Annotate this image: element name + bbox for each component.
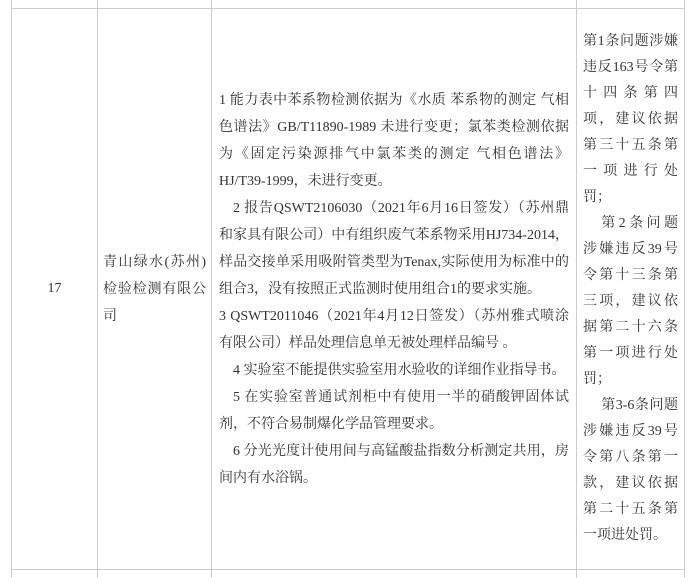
finding-item: 6 分光光度计使用间与高锰酸盐指数分析测定共用，房间内有水浴锅。 xyxy=(219,438,569,492)
table-cell-empty xyxy=(12,570,98,578)
penalty-item: 第1条问题涉嫌违反163号令第十四条第四项，建议依据第三十五条第一项进行处罚； xyxy=(583,29,678,211)
finding-item: 5 在实验室普通试剂柜中有使用一半的硝酸钾固体试剂，不符合易制爆化学品管理要求。 xyxy=(219,384,569,438)
penalty-item: 第2条问题涉嫌违反39号令第十三条第三项，建议依据第二十六条第一项进行处罚； xyxy=(583,211,678,393)
company-name: 青山绿水(苏州)检验检测有限公司 xyxy=(103,249,206,330)
finding-item: 3 QSWT2011046（2021年4月12日签发）（苏州雅式喷涂有限公司）样… xyxy=(219,303,569,357)
company-name-cell: 青山绿水(苏州)检验检测有限公司 xyxy=(98,8,212,570)
table-cell-empty xyxy=(577,0,685,8)
penalty-item: 第3-6条问题涉嫌违反39号令第八条第一款，建议依据第二十五条第一项进处罚。 xyxy=(583,393,678,549)
row-number: 17 xyxy=(48,281,62,297)
finding-item: 1 能力表中苯系物检测依据为《水质 苯系物的测定 气相色谱法》GB/T11890… xyxy=(219,87,569,195)
inspection-table: 17 青山绿水(苏州)检验检测有限公司 1 能力表中苯系物检测依据为《水质 苯系… xyxy=(11,0,684,578)
row-number-cell: 17 xyxy=(12,8,98,570)
table-cell-empty xyxy=(12,0,98,8)
finding-item: 4 实验室不能提供实验室用水验收的详细作业指导书。 xyxy=(219,357,569,384)
table-cell-empty xyxy=(212,570,577,578)
table-cell-empty xyxy=(98,570,212,578)
finding-item: 2 报告QSWT2106030（2021年6月16日签发）（苏州鼎和家具有限公司… xyxy=(219,195,569,303)
penalty-cell: 第1条问题涉嫌违反163号令第十四条第四项，建议依据第三十五条第一项进行处罚； … xyxy=(577,8,685,570)
table-cell-empty xyxy=(577,570,685,578)
table-cell-empty xyxy=(98,0,212,8)
findings-cell: 1 能力表中苯系物检测依据为《水质 苯系物的测定 气相色谱法》GB/T11890… xyxy=(212,8,577,570)
table-cell-empty xyxy=(212,0,577,8)
inspection-table-page: 17 青山绿水(苏州)检验检测有限公司 1 能力表中苯系物检测依据为《水质 苯系… xyxy=(0,0,690,578)
